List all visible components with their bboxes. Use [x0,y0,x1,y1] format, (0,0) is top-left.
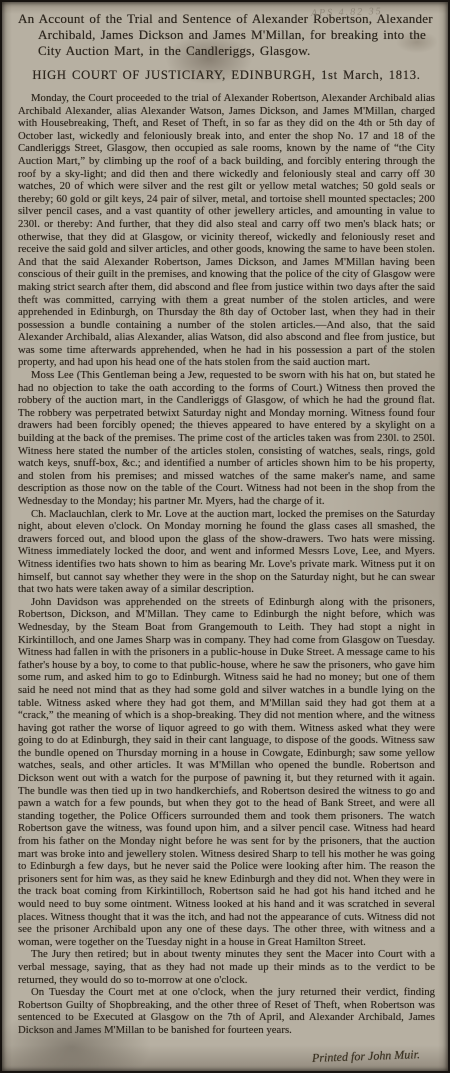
court-heading: HIGH COURT OF JUSTICIARY, EDINBURGH, 1st… [18,68,435,83]
pencil-shelfmark-note: APS 4.82 35 [311,6,383,19]
page-content: APS 4.82 35 An Account of the Trial and … [18,11,435,1037]
document-title: An Account of the Trial and Sentence of … [18,11,435,59]
paragraph-witness-davidson: John Davidson was apprehended on the str… [18,596,435,949]
paragraph-witness-maclauchlan: Ch. Maclauchlan, clerk to Mr. Love at th… [18,508,435,596]
paragraph-verdict-sentence: On Tuesday the Court met at one o'clock,… [18,986,435,1036]
paragraph-jury-retired: The Jury then retired; but in about twen… [18,948,435,986]
body-text: Monday, the Court proceeded to the trial… [18,92,435,1037]
printer-imprint: Printed for John Muir. [312,1047,420,1066]
broadside-page: APS 4.82 35 An Account of the Trial and … [2,2,448,1071]
paragraph-witness-moss-lee: Moss Lee (This Gentleman being a Jew, re… [18,369,435,508]
paragraph-indictment: Monday, the Court proceeded to the trial… [18,92,435,369]
